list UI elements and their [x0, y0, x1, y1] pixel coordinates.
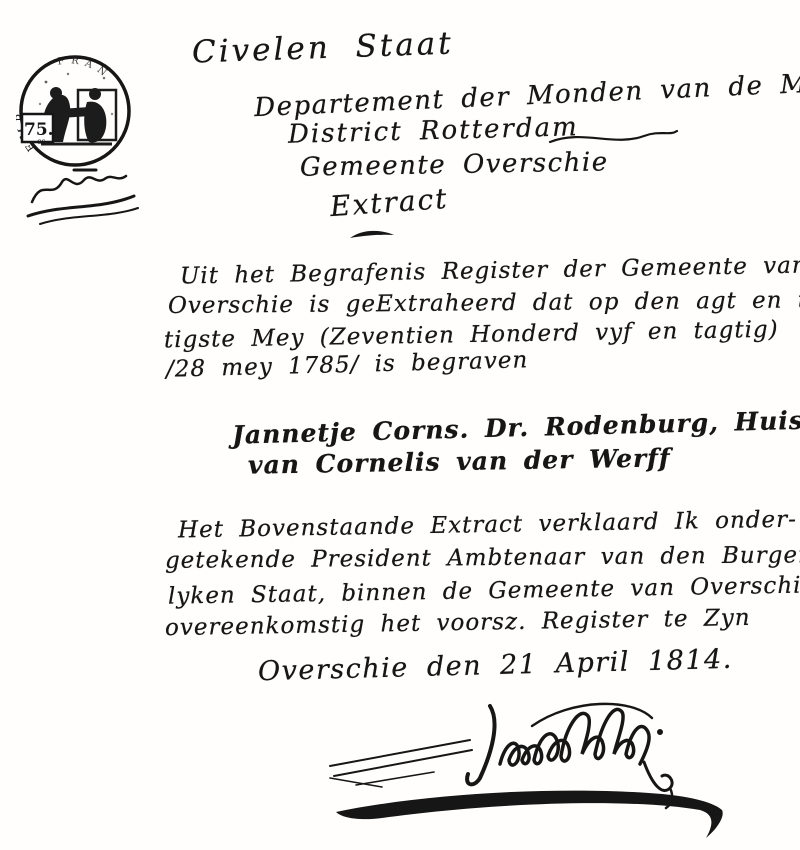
- stamp-value-unit: cs: [37, 137, 46, 146]
- municipality-line: Gemeente Overschie: [300, 147, 609, 182]
- extract-line: Overschie is geExtraheerd dat op den agt…: [168, 287, 800, 319]
- stamp-value-box: 75. cs: [22, 114, 54, 146]
- official-signature: [322, 692, 752, 844]
- svg-text:FRAN: FRAN: [57, 55, 113, 82]
- extract-underline-flourish: [348, 228, 396, 242]
- doc-type-heading: Extract: [329, 182, 450, 223]
- clerk-paraph-signature: [22, 166, 142, 228]
- dateline: Overschie den 21 April 1814.: [258, 644, 734, 687]
- district-flourish: [548, 126, 680, 150]
- attestation-line: overeenkomstig het voorsz. Register te Z…: [165, 605, 751, 641]
- deceased-name-line: van Cornelis van der Werff: [248, 443, 671, 479]
- extract-line: /28 mey 1785/ is begraven: [166, 347, 529, 382]
- attestation-line: lyken Staat, binnen de Gemeente van Over…: [168, 572, 800, 609]
- stamp-arc-text-top: FRAN: [57, 55, 113, 82]
- deceased-name-line: Jannetje Corns. Dr. Rodenburg, Huisvrouw: [232, 403, 800, 449]
- revenue-stamp: EMP FRAN 75. cs: [16, 52, 134, 170]
- document-sheet: EMP FRAN 75. cs Civelen Staat Departemen…: [0, 0, 800, 850]
- district-line: District Rotterdam: [288, 112, 579, 150]
- attestation-line: Het Bovenstaande Extract verklaard Ik on…: [178, 507, 797, 544]
- extract-line: Uit het Begrafenis Register der Gemeente…: [180, 253, 800, 290]
- attestation-line: getekende President Ambtenaar van den Bu…: [165, 542, 800, 574]
- page-title: Civelen Staat: [191, 25, 454, 70]
